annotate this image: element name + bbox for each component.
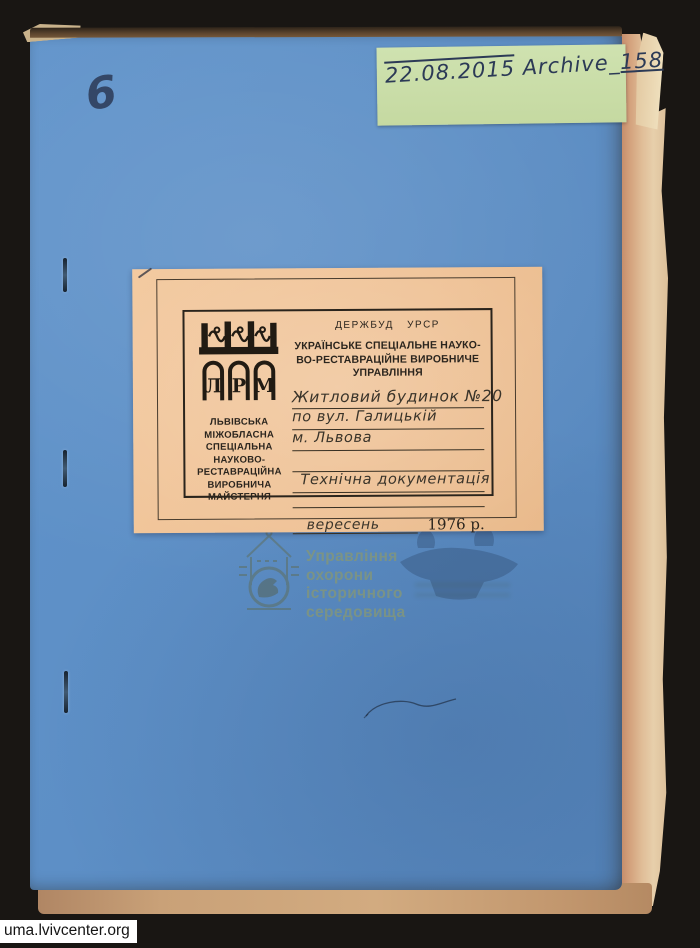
- organization-name: УКРАЇНСЬКЕ СПЕЦІАЛЬНЕ НАУКО- ВО-РЕСТАВРА…: [292, 339, 484, 381]
- watermark-line: історичного: [306, 585, 406, 604]
- pen-scratch-mark: [358, 690, 462, 722]
- workshop-line: МАЙСТЕРНЯ: [192, 491, 288, 504]
- sticky-date: 22.08.2015: [384, 56, 515, 87]
- field-month: вересень: [293, 516, 418, 534]
- source-url-watermark: uma.lvivcenter.org: [0, 920, 137, 943]
- field-blank-2: [293, 492, 485, 508]
- lrm-workshop-logo-icon: Л Р М: [199, 318, 280, 402]
- workshop-name: ЛЬВІВСЬКА МІЖОБЛАСНА СПЕЦІАЛЬНА НАУКОВО-…: [191, 416, 288, 504]
- label-right-column: ДЕРЖБУД УРСР УКРАЇНСЬКЕ СПЕЦІАЛЬНЕ НАУКО…: [291, 317, 484, 491]
- cover-label-card: Л Р М ЛЬВІВСЬКА МІЖОБЛАСНА СПЕЦІАЛЬНА НА…: [132, 267, 544, 533]
- field-blank-1: [292, 450, 484, 472]
- cover-top-edge: [30, 26, 622, 38]
- faint-stamp-smudge: [415, 583, 510, 601]
- logo-letter-m: М: [254, 374, 275, 397]
- handwritten-fields: Житловий будинок №20 по вул. Галицькій м…: [292, 387, 485, 534]
- org-name-line: УКРАЇНСЬКЕ СПЕЦІАЛЬНЕ НАУКО-: [292, 339, 484, 354]
- heritage-tower-icon: [235, 527, 303, 613]
- archive-sticky-note: 22.08.2015 Archive_158: [376, 44, 626, 125]
- field-doc-type: Технічна документація: [292, 471, 484, 493]
- heritage-office-watermark-text: Управління охорони історичного середовищ…: [306, 548, 406, 622]
- workshop-line: НАУКОВО-: [191, 454, 287, 467]
- workshop-line: РЕСТАВРАЦІЙНА: [191, 466, 287, 479]
- watermark-line: Управління: [306, 548, 406, 567]
- logo-letter-r: Р: [232, 374, 247, 397]
- sticky-archive-number: 158: [619, 48, 663, 74]
- watermark-line: середовища: [306, 604, 406, 623]
- sticky-note-text: 22.08.2015 Archive_158: [384, 48, 663, 88]
- field-year: 1976 р.: [418, 515, 485, 533]
- workshop-line: ВИРОБНИЧА: [191, 479, 287, 492]
- watermark-line: охорони: [306, 567, 406, 586]
- staple-bottom: [64, 671, 68, 713]
- org-name-line: ВО-РЕСТАВРАЦІЙНЕ ВИРОБНИЧЕ: [292, 353, 484, 368]
- workshop-line: ЛЬВІВСЬКА: [191, 416, 287, 429]
- field-city: м. Львова: [292, 429, 484, 451]
- field-object-title: Житловий будинок №20: [292, 387, 484, 409]
- org-name-line: УПРАВЛІННЯ: [292, 366, 484, 381]
- staple-middle: [63, 450, 67, 487]
- sticky-archive-label: Archive_: [514, 50, 620, 80]
- state-committee-header: ДЕРЖБУД УРСР: [292, 319, 484, 331]
- field-date: вересень 1976 р.: [293, 509, 485, 534]
- field-street: по вул. Галицькій: [292, 408, 484, 430]
- workshop-line: МІЖОБЛАСНА: [191, 429, 287, 442]
- label-left-column: Л Р М ЛЬВІВСЬКА МІЖОБЛАСНА СПЕЦІАЛЬНА НА…: [191, 318, 288, 492]
- workshop-line: СПЕЦІАЛЬНА: [191, 441, 287, 454]
- staple-top: [63, 258, 67, 292]
- label-inner-frame: Л Р М ЛЬВІВСЬКА МІЖОБЛАСНА СПЕЦІАЛЬНА НА…: [182, 308, 493, 498]
- logo-letter-l: Л: [205, 374, 222, 397]
